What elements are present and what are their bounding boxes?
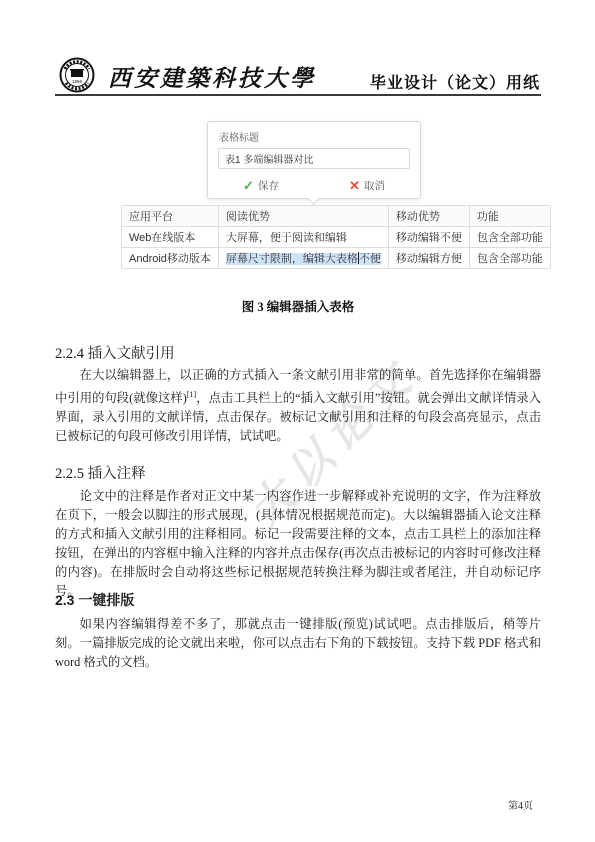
university-seal-logo: 1956: [59, 57, 95, 98]
page-number: 第4页: [508, 797, 533, 812]
section-heading-2-3: 2.3 一键排版: [55, 590, 134, 610]
section-heading-2-2-4: 2.2.4 插入文献引用: [55, 342, 175, 363]
table-row: Web在线版本大屏幕，便于阅读和编辑移动编辑不便包含全部功能: [122, 227, 551, 248]
check-icon: ✓: [243, 179, 254, 192]
table-column-header: 移动优势: [388, 206, 469, 227]
popup-pointer-arrow: [307, 192, 320, 205]
table-cell[interactable]: 屏幕尺寸限制，编辑大表格不便: [218, 248, 388, 269]
table-column-header: 功能: [469, 206, 550, 227]
table-column-header: 应用平台: [122, 206, 219, 227]
paragraph-citation: 在大以编辑器上，以正确的方式插入一条文献引用非常的简单。首先选择你在编辑器中引用…: [55, 366, 541, 446]
table-cell[interactable]: 大屏幕，便于阅读和编辑: [218, 227, 388, 248]
table-row: Android移动版本屏幕尺寸限制，编辑大表格不便移动编辑方便包含全部功能: [122, 248, 551, 269]
save-button-label: 保存: [258, 178, 279, 193]
citation-superscript: [1]: [187, 390, 196, 399]
table-cell[interactable]: 包含全部功能: [469, 248, 550, 269]
section-heading-2-2-5: 2.2.5 插入注释: [55, 462, 146, 483]
header-rule: [55, 94, 541, 96]
table-header-row: 应用平台阅读优势移动优势功能: [122, 206, 551, 227]
paragraph-annotation: 论文中的注释是作者对正文中某一内容作进一步解释或补充说明的文字，作为注释放在页下…: [55, 487, 541, 601]
table-cell[interactable]: 移动编辑不便: [388, 227, 469, 248]
cancel-button[interactable]: ✕ 取消: [349, 178, 385, 193]
figure-caption: 图 3 编辑器插入表格: [55, 297, 541, 315]
table-cell[interactable]: Android移动版本: [122, 248, 219, 269]
document-page: 1956 西安建築科技大學 毕业设计（论文）用纸 大以论文 表格标题 ✓ 保存 …: [0, 0, 595, 842]
table-title-popup: 表格标题 ✓ 保存 ✕ 取消: [207, 121, 421, 199]
highlighted-text[interactable]: 屏幕尺寸限制，编辑大表格: [226, 253, 358, 265]
cross-icon: ✕: [349, 179, 360, 192]
comparison-table: 应用平台阅读优势移动优势功能 Web在线版本大屏幕，便于阅读和编辑移动编辑不便包…: [121, 205, 551, 269]
figure-editor-screenshot: 表格标题 ✓ 保存 ✕ 取消 应用平台阅读优势移动优势功能 Web在线版本大屏幕…: [55, 120, 541, 320]
table-cell[interactable]: 移动编辑方便: [388, 248, 469, 269]
university-wordmark: 西安建築科技大學: [108, 60, 316, 93]
cancel-button-label: 取消: [364, 178, 385, 193]
highlighted-text[interactable]: 不便: [359, 253, 381, 265]
paragraph-autoformat: 如果内容编辑得差不多了，那就点击一键排版(预览)试试吧。点击排版后，稍等片刻。一…: [55, 615, 541, 672]
svg-text:1956: 1956: [72, 79, 83, 84]
table-column-header: 阅读优势: [218, 206, 388, 227]
table-cell[interactable]: Web在线版本: [122, 227, 219, 248]
table-cell[interactable]: 包含全部功能: [469, 227, 550, 248]
table-title-input[interactable]: [218, 148, 410, 169]
save-button[interactable]: ✓ 保存: [243, 178, 279, 193]
header-doc-type-label: 毕业设计（论文）用纸: [370, 70, 540, 93]
table-title-label: 表格标题: [219, 129, 409, 144]
